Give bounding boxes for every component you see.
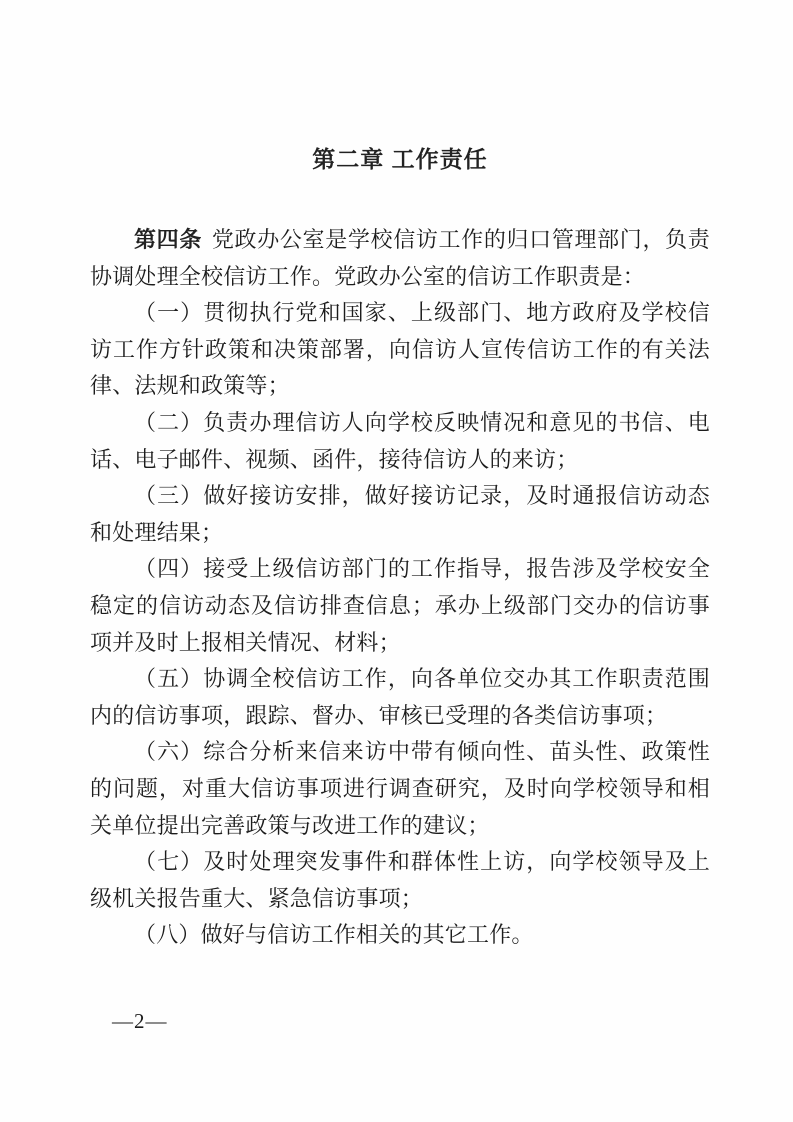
page-number: —2—: [112, 1006, 168, 1036]
clause-7: （七）及时处理突发事件和群体性上访，向学校领导及上级机关报告重大、紧急信访事项；: [90, 844, 710, 917]
clause-3: （三）做好接访安排，做好接访记录，及时通报信访动态和处理结果；: [90, 478, 710, 551]
clause-1: （一）贯彻执行党和国家、上级部门、地方政府及学校信访工作方针政策和决策部署，向信…: [90, 295, 710, 405]
clause-2: （二）负责办理信访人向学校反映情况和意见的书信、电话、电子邮件、视频、函件，接待…: [90, 405, 710, 478]
clause-4: （四）接受上级信访部门的工作指导，报告涉及学校安全稳定的信访动态及信访排查信息；…: [90, 551, 710, 661]
clause-6: （六）综合分析来信来访中带有倾向性、苗头性、政策性的问题，对重大信访事项进行调查…: [90, 734, 710, 844]
article-4-paragraph: 第四条党政办公室是学校信访工作的归口管理部门，负责协调处理全校信访工作。党政办公…: [90, 222, 710, 295]
article-number: 第四条: [134, 227, 202, 252]
document-page: 第二章 工作责任 第四条党政办公室是学校信访工作的归口管理部门，负责协调处理全校…: [0, 0, 793, 1122]
clause-8: （八）做好与信访工作相关的其它工作。: [90, 917, 710, 954]
document-body: 第二章 工作责任 第四条党政办公室是学校信访工作的归口管理部门，负责协调处理全校…: [90, 142, 710, 954]
chapter-title: 第二章 工作责任: [90, 142, 710, 176]
clause-5: （五）协调全校信访工作，向各单位交办其工作职责范围内的信访事项，跟踪、督办、审核…: [90, 661, 710, 734]
